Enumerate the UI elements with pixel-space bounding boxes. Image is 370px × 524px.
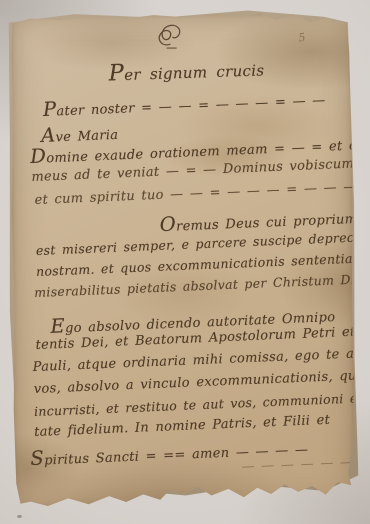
manuscript-page: 5 Per signum crucis Pater noster = — — =… (10, 12, 354, 508)
monogram-flourish-icon (148, 20, 192, 58)
title-line: Per signum crucis (108, 55, 264, 86)
manuscript-line-pater-noster: Pater noster = — — = — — — = — — (42, 86, 325, 121)
manuscript-line-dash-filler: — — — — — — (241, 455, 353, 475)
backdrop-speck (17, 515, 22, 518)
manuscript-line-et-cum-spiritu: et cum spiritu tuo — — = — — — = — — — — (34, 179, 370, 208)
page-number: 5 (298, 31, 307, 45)
photo-backdrop: 5 Per signum crucis Pater noster = — — =… (0, 0, 370, 524)
